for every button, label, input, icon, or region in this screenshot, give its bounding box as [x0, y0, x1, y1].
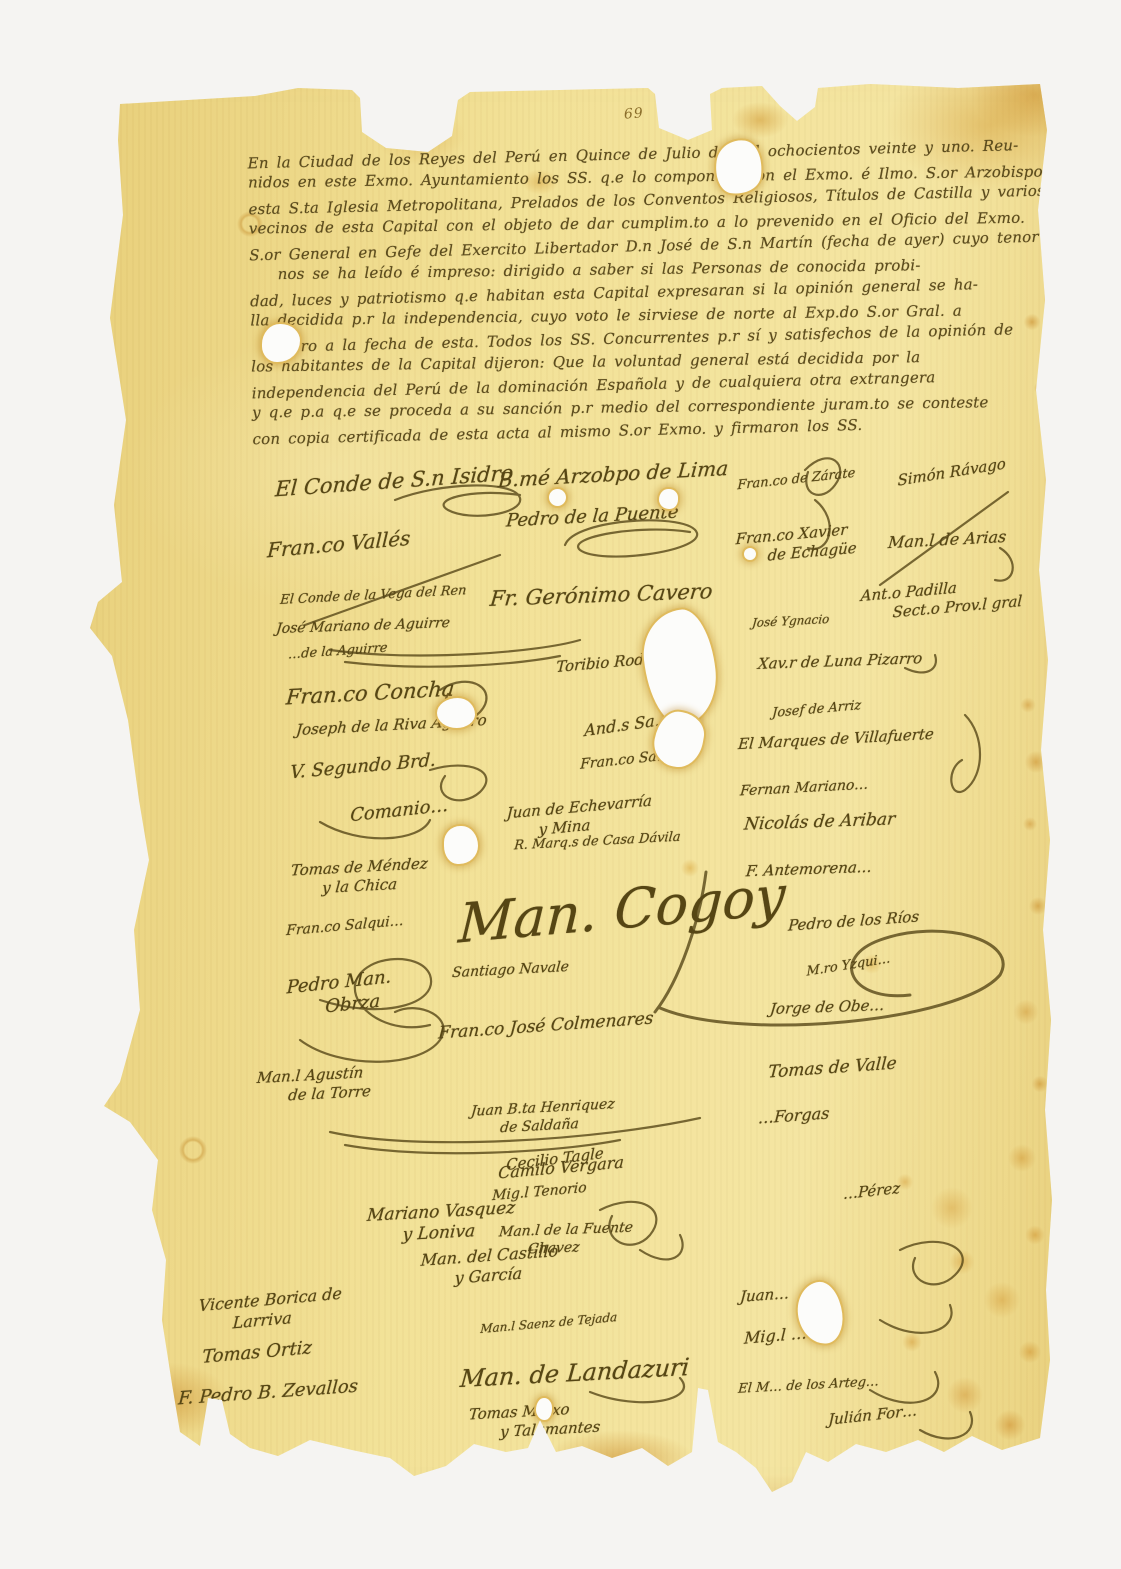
rubric-flourish: [805, 458, 840, 549]
rubric-flourish: [330, 1118, 700, 1153]
ink-flourish-layer: [0, 0, 1121, 1569]
rubric-flourish: [430, 766, 486, 801]
paper-hole: [437, 698, 475, 728]
rubric-flourish: [395, 485, 520, 515]
paper-sheet: 69 En la Ciudad de los Reyes del Perú en…: [0, 0, 1121, 1569]
paper-hole: [444, 826, 478, 864]
rubric-flourish: [305, 555, 500, 625]
rubric-flourish: [951, 715, 980, 792]
paper-bottom-burn: [0, 1474, 1121, 1569]
paper-right-burn: [1075, 0, 1121, 1569]
paper-hole: [659, 489, 678, 509]
scanned-document: 69 En la Ciudad de los Reyes del Perú en…: [0, 0, 1121, 1569]
rubric-flourish: [300, 959, 444, 1062]
paper-hole: [744, 548, 756, 560]
rubric-flourish: [655, 872, 706, 1012]
rubric-flourish: [905, 655, 936, 672]
rubric-flourish: [565, 520, 697, 556]
paper-hole: [549, 489, 566, 506]
rubric-flourish: [995, 548, 1013, 581]
rubric-flourish: [660, 931, 1003, 1025]
rubric-flourish: [870, 1242, 972, 1439]
rubric-flourish: [330, 640, 580, 667]
rubric-flourish: [600, 1202, 683, 1260]
paper-hole: [536, 1398, 552, 1420]
rubric-flourish: [590, 1378, 684, 1402]
rubric-flourish: [880, 492, 1008, 585]
rubric-flourish: [320, 820, 430, 838]
